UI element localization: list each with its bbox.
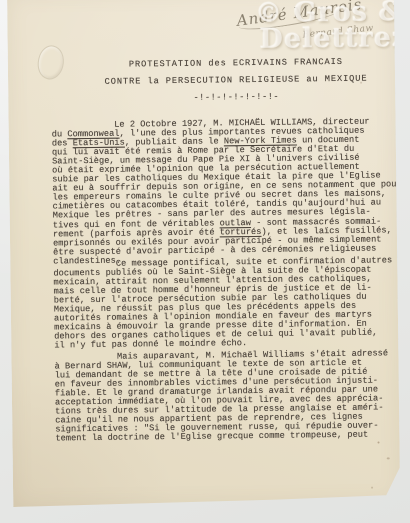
- paragraph-3: Mais auparavant, M. Michaël Williams s'é…: [54, 349, 407, 444]
- paragraph-2: Ce message pontifical, suite et confirma…: [53, 256, 406, 351]
- document-title: PROTESTATION des ECRIVAINS FRANCAIS CONT…: [69, 53, 404, 108]
- foxing-speck: [387, 457, 390, 459]
- pencil-annotation-note: Bernard Shaw: [302, 23, 374, 40]
- foxing-speck: [377, 441, 379, 443]
- paragraph-1: Le 2 Octobre 1927, M. MICHAËL WILLIAMS, …: [52, 117, 406, 266]
- typed-line: tement la doctrine de l'Eglise grecque c…: [55, 431, 407, 444]
- typed-text: PROTESTATION des ECRIVAINS FRANCAIS CONT…: [51, 53, 404, 108]
- document-photo: André Maurois Bernard Shaw © Gros & Dele…: [0, 0, 410, 523]
- foxing-speck: [371, 487, 373, 489]
- paper-sheet: André Maurois Bernard Shaw © Gros & Dele…: [7, 0, 400, 507]
